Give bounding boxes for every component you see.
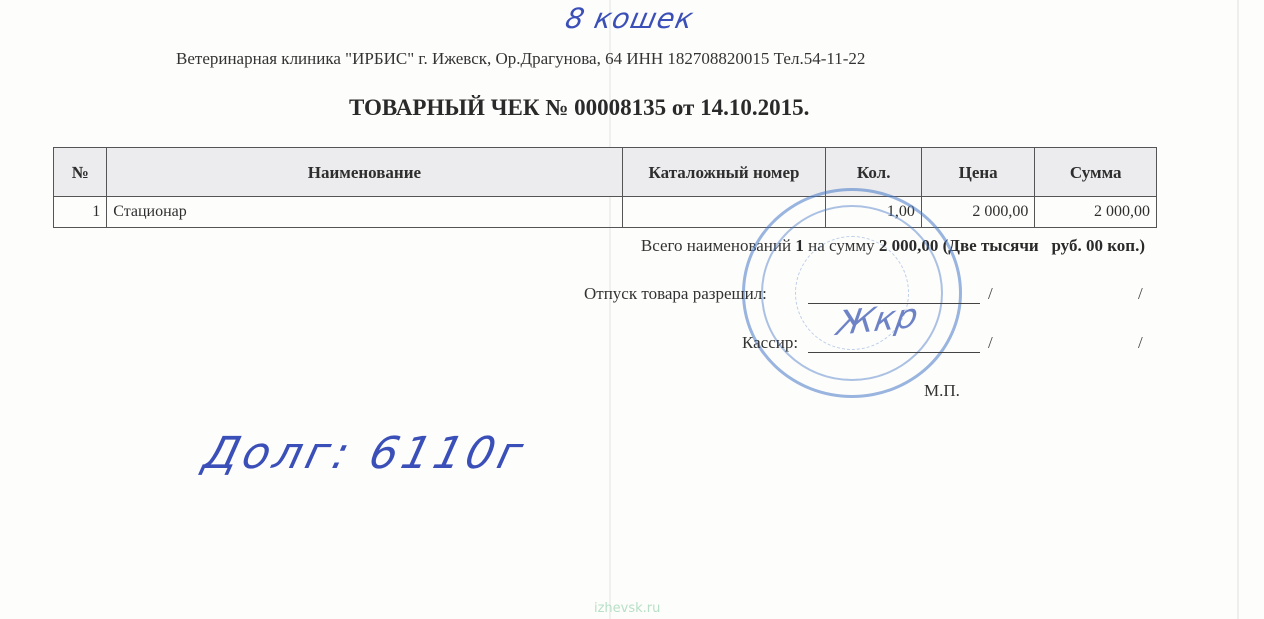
paper-fold-line [609, 0, 611, 619]
total-prefix: Всего наименований [641, 236, 795, 255]
row-catalog-number [622, 197, 826, 228]
handwritten-note-debt: Долг: 6110г [199, 428, 532, 479]
seal-place-label: М.П. [924, 381, 960, 401]
total-amount: 2 000,00 (Две тысячи руб. 00 коп.) [879, 236, 1145, 255]
total-mid: на сумму [804, 236, 879, 255]
receipt-title: ТОВАРНЫЙ ЧЕК № 00008135 от 14.10.2015. [349, 95, 809, 121]
total-summary: Всего наименований 1 на сумму 2 000,00 (… [641, 236, 1145, 256]
released-by-signature-line [808, 302, 980, 304]
released-by-label: Отпуск товара разрешил: [584, 284, 767, 304]
handwritten-note-top: 8 кошек [562, 2, 697, 35]
column-header-catalog-number: Каталожный номер [622, 148, 826, 197]
total-count: 1 [795, 236, 804, 255]
row-quantity: 1,00 [826, 197, 921, 228]
table-row: 1 Стационар 1,00 2 000,00 2 000,00 [54, 197, 1157, 228]
released-by-row: Отпуск товара разрешил: [584, 284, 767, 304]
column-header-price: Цена [921, 148, 1035, 197]
row-sum: 2 000,00 [1035, 197, 1157, 228]
watermark: izhevsk.ru [594, 601, 660, 616]
slash-separator: / [988, 333, 993, 353]
cashier-row: Кассир: [742, 333, 798, 353]
row-name: Стационар [107, 197, 622, 228]
receipt-table: № Наименование Каталожный номер Кол. Цен… [53, 147, 1157, 228]
organization-info: Ветеринарная клиника "ИРБИС" г. Ижевск, … [176, 49, 865, 69]
cashier-label: Кассир: [742, 333, 798, 353]
slash-separator: / [1138, 333, 1143, 353]
table-header-row: № Наименование Каталожный номер Кол. Цен… [54, 148, 1157, 197]
column-header-sum: Сумма [1035, 148, 1157, 197]
slash-separator: / [1138, 284, 1143, 304]
slash-separator: / [988, 284, 993, 304]
cashier-signature-line [808, 351, 980, 353]
paper-fold-line [1237, 0, 1239, 619]
column-header-quantity: Кол. [826, 148, 921, 197]
column-header-number: № [54, 148, 107, 197]
column-header-name: Наименование [107, 148, 622, 197]
row-number: 1 [54, 197, 107, 228]
row-price: 2 000,00 [921, 197, 1035, 228]
